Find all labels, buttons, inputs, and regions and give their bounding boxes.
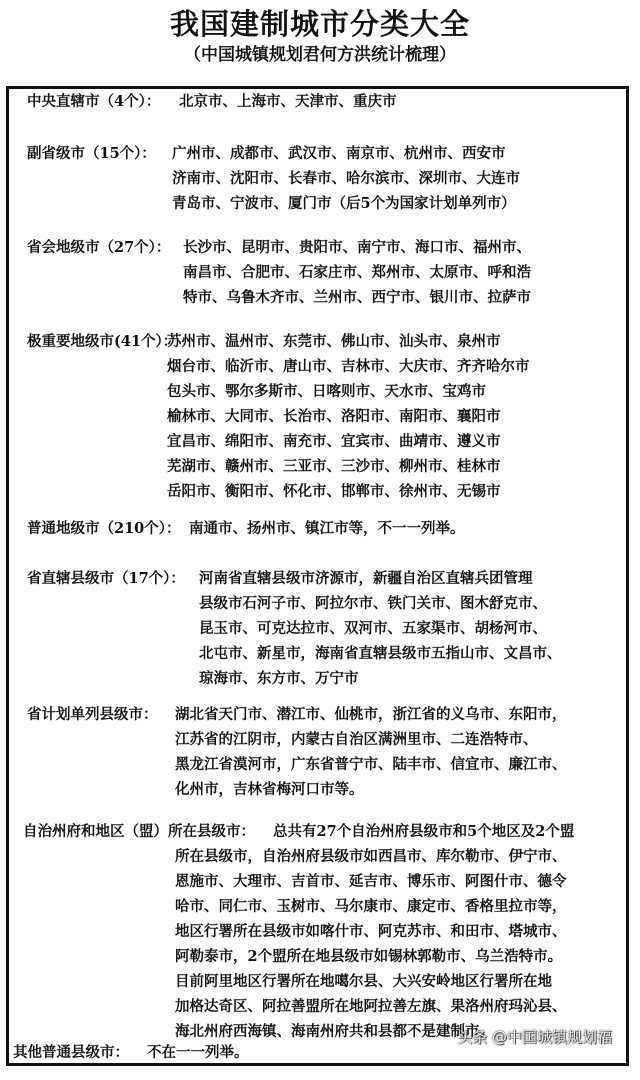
section-line: 青岛市、宁波市、厦门市（后5个为国家计划单列市）	[172, 192, 516, 216]
section-label-ordinary-prefecture: 普通地级市（210个）：	[27, 517, 181, 541]
section-line: 南昌市、合肥市、石家庄市、郑州市、太原市、呼和浩	[183, 261, 531, 285]
section-line: 包头市、鄂尔多斯市、日喀则市、天水市、宝鸡市	[167, 380, 486, 404]
section-line: 哈市、同仁市、玉树市、马尔康市、康定市、香格里拉市等，	[175, 895, 567, 919]
section-line: 地区行署所在县级市如喀什市、阿克苏市、和田市、塔城市、	[175, 920, 567, 944]
section-line: 江苏省的江阴市，内蒙古自治区满洲里市、二连浩特市、	[175, 728, 538, 752]
section-line: 目前阿里地区行署所在地噶尔县、大兴安岭地区行署所在地	[175, 970, 552, 994]
section-line: 宜昌市、绵阳市、南充市、宜宾市、曲靖市、遵义市	[167, 430, 501, 454]
section-line: 所在县级市，自治州府县级市如西昌市、库尔勒市、伊宁市、	[175, 845, 567, 869]
document-subtitle: （中国城镇规划君何方洪统计梳理）	[0, 43, 640, 67]
section-label-key-prefecture: 极重要地级市(41个）：	[27, 330, 177, 354]
section-line: 特市、乌鲁木齐市、兰州市、西宁市、银川市、拉萨市	[183, 286, 531, 310]
section-line: 烟台市、临沂市、唐山市、吉林市、大庆市、齐齐哈尔市	[167, 355, 530, 379]
section-line: 北京市、上海市、天津市、重庆市	[179, 90, 397, 114]
section-line: 阿勒泰市，2个盟所在地县级市如锡林郭勒市、乌兰浩特市。	[175, 945, 562, 969]
source-watermark: 头条 @中国城镇规划福	[457, 1026, 612, 1047]
section-label-autonomous-prefecture: 自治州府和地区（盟）所在县级市：	[23, 820, 255, 844]
section-line: 河南省直辖县级市济源市，新疆自治区直辖兵团管理	[199, 567, 533, 591]
section-line: 昆玉市、可克达拉市、双河市、五家渠市、胡杨河市、	[199, 617, 547, 641]
section-line: 化州市，吉林省梅河口市等。	[175, 778, 364, 802]
section-label-planned-county: 省计划单列县级市：	[27, 703, 158, 727]
section-label-province-direct-county: 省直辖县级市（17个）：	[27, 567, 185, 591]
section-label-provincial-capitals: 省会地级市（27个）：	[27, 236, 170, 260]
section-line: 黑龙江省漠河市，广东省普宁市、陆丰市、信宜市、廉江市、	[175, 753, 567, 777]
section-line: 加格达奇区、阿拉善盟所在地阿拉善左旗、果洛州府玛沁县、	[175, 995, 567, 1019]
section-line: 湖北省天门市、潜江市、仙桃市，浙江省的义乌市、东阳市，	[175, 703, 567, 727]
section-line: 芜湖市、赣州市、三亚市、三沙市、柳州市、桂林市	[167, 455, 501, 479]
section-line: 恩施市、大理市、吉首市、延吉市、博乐市、阿图什市、德令	[175, 870, 567, 894]
section-line: 总共有27个自治州府县级市和5个地区及2个盟	[273, 820, 574, 844]
section-line: 岳阳市、衡阳市、怀化市、邯郸市、徐州市、无锡市	[167, 480, 501, 504]
city-classification-box: 中央直辖市（4个）： 北京市、上海市、天津市、重庆市 副省级市（15个）： 广州…	[6, 86, 629, 1066]
section-line: 苏州市、温州市、东莞市、佛山市、汕头市、泉州市	[167, 330, 501, 354]
section-label-other-county: 其他普通县级市：	[13, 1041, 129, 1065]
section-label-sub-provincial: 副省级市（15个）：	[27, 142, 156, 166]
section-line: 不在一一列举。	[147, 1041, 249, 1065]
section-line: 济南市、沈阳市、长春市、哈尔滨市、深圳市、大连市	[172, 167, 520, 191]
section-line: 榆林市、大同市、长治市、洛阳市、南阳市、襄阳市	[167, 405, 501, 429]
section-line: 县级市石河子市、阿拉尔市、铁门关市、图木舒克市、	[199, 592, 547, 616]
section-line: 南通市、扬州市、镇江市等，不一一列举。	[189, 517, 465, 541]
section-line: 长沙市、昆明市、贵阳市、南宁市、海口市、福州市、	[183, 236, 531, 260]
section-line: 琼海市、东方市、万宁市	[199, 667, 359, 691]
section-line: 北屯市、新星市，海南省直辖县级市五指山市、文昌市、	[199, 642, 562, 666]
section-label-municipalities: 中央直辖市（4个）：	[27, 90, 160, 114]
document-title: 我国建制城市分类大全	[0, 6, 640, 42]
section-line: 广州市、成都市、武汉市、南京市、杭州市、西安市	[172, 142, 506, 166]
